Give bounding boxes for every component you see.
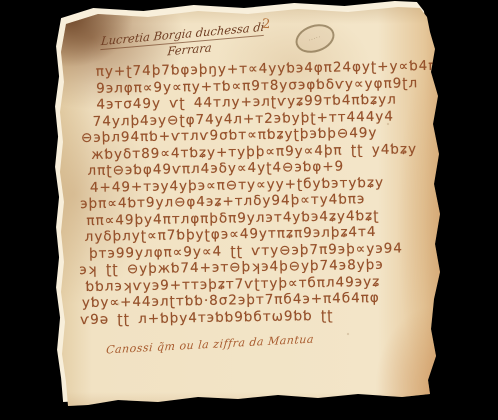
photo-background: { "page": { "header": { "line1": "Lucret… [0,0,498,420]
header-inscription: Lucretia Borgia duchessa di Ferrara [99,17,311,65]
cipher-text-block: πy+ʈ74þ7ƅφэþŋy+т∝4yyƅэ4φπ24φyʈ+y∝ƅ4π 9эл… [76,58,437,328]
page-number: 2 [262,17,271,32]
paper-sheet: Lucretia Borgia duchessa di Ferrara 2 ··… [58,4,442,408]
archivist-note: Canossi q̃m ou la ziffra da Mantua [106,333,315,357]
manuscript-page: Lucretia Borgia duchessa di Ferrara 2 ··… [58,4,442,408]
stamp-marks: ····· [308,34,322,44]
